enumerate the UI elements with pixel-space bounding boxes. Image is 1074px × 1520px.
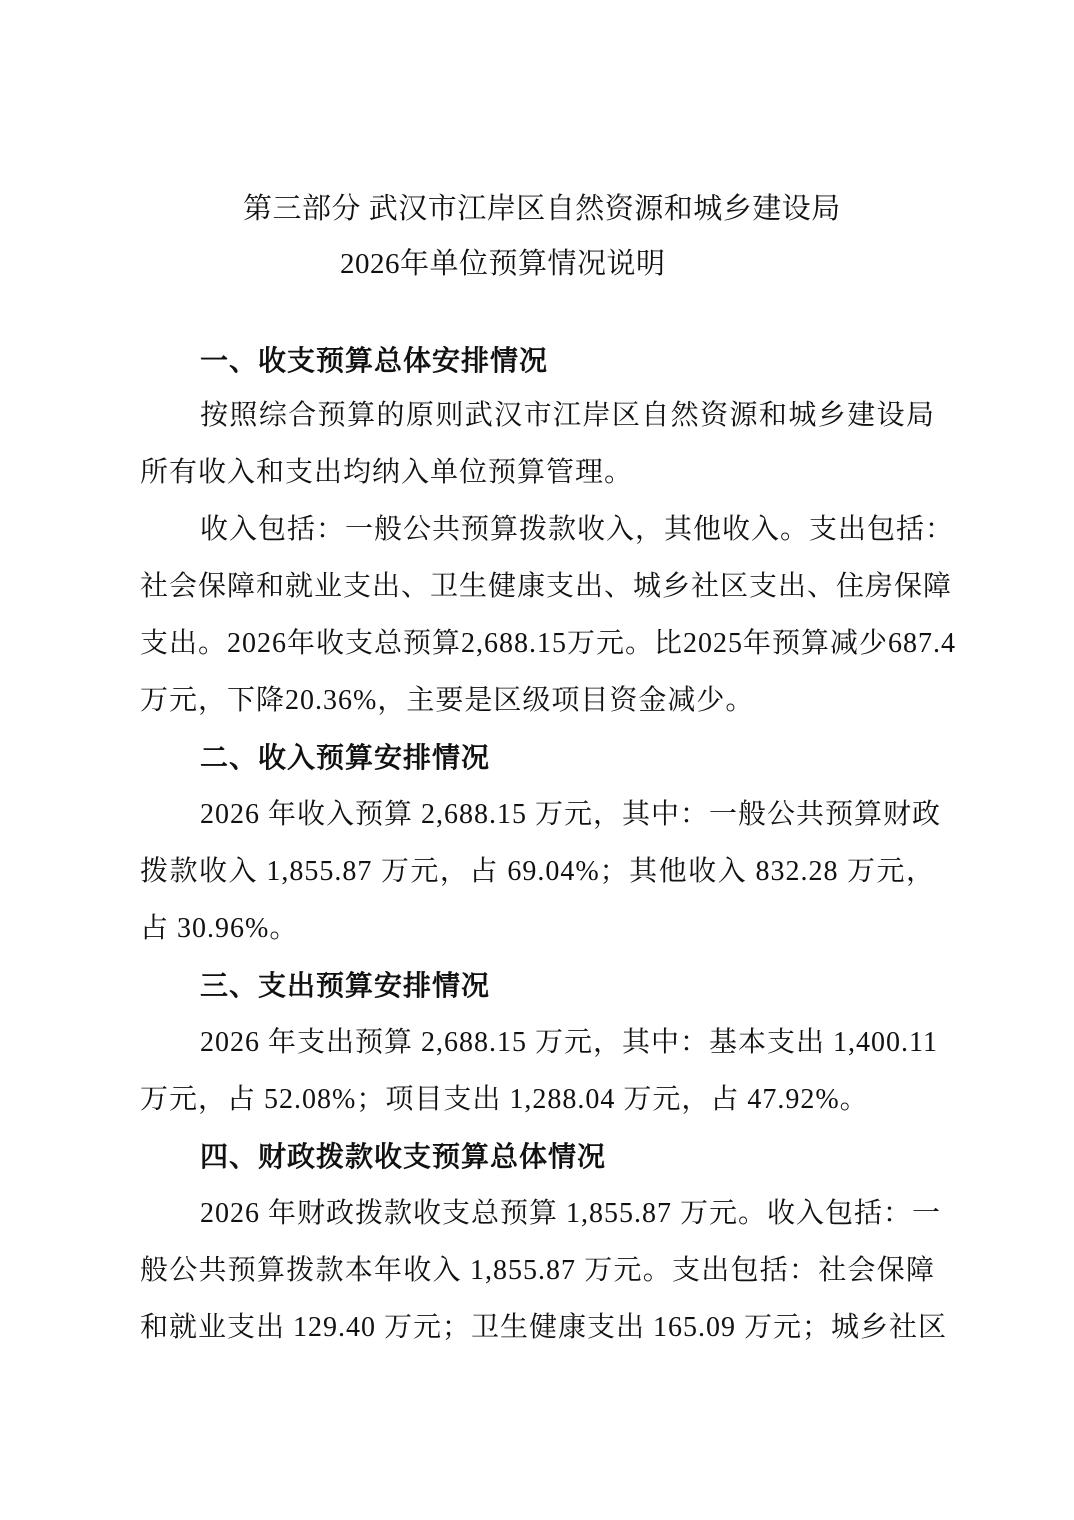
paragraph-line: 万元，占 52.08%；项目支出 1,288.04 万元，占 47.92%。 [140,1082,935,1118]
paragraph-line: 支出。2026年收支总预算2,688.15万元。比2025年预算减少687.4 [140,626,935,662]
section-heading-2: 二、收入预算安排情况 [200,740,490,776]
paragraph-line: 收入包括：一般公共预算拨款收入，其他收入。支出包括： [200,512,935,548]
paragraph-line: 按照综合预算的原则武汉市江岸区自然资源和城乡建设局 [200,398,935,434]
paragraph-line: 拨款收入 1,855.87 万元，占 69.04%；其他收入 832.28 万元… [140,854,935,890]
paragraph-line: 2026 年财政拨款收支总预算 1,855.87 万元。收入包括：一 [200,1196,935,1232]
paragraph-line: 和就业支出 129.40 万元；卫生健康支出 165.09 万元；城乡社区 [140,1310,935,1346]
paragraph-line: 社会保障和就业支出、卫生健康支出、城乡社区支出、住房保障 [140,569,935,605]
section-heading-1: 一、收支预算总体安排情况 [200,343,548,379]
section-heading-3: 三、支出预算安排情况 [200,968,490,1004]
document-title-line-1: 第三部分 武汉市江岸区自然资源和城乡建设局 [243,191,841,227]
paragraph-line: 占 30.96%。 [140,911,935,947]
paragraph-line: 2026 年支出预算 2,688.15 万元，其中：基本支出 1,400.11 [200,1025,935,1061]
paragraph-line: 所有收入和支出均纳入单位预算管理。 [140,455,935,491]
paragraph-line: 般公共预算拨款本年收入 1,855.87 万元。支出包括：社会保障 [140,1253,935,1289]
paragraph-line: 2026 年收入预算 2,688.15 万元，其中：一般公共预算财政 [200,797,935,833]
section-heading-4: 四、财政拨款收支预算总体情况 [200,1139,606,1175]
document-title-line-2: 2026年单位预算情况说明 [340,246,666,282]
paragraph-line: 万元，下降20.36%，主要是区级项目资金减少。 [140,683,935,719]
document-page: 第三部分 武汉市江岸区自然资源和城乡建设局 2026年单位预算情况说明 一、收支… [0,0,1074,1520]
